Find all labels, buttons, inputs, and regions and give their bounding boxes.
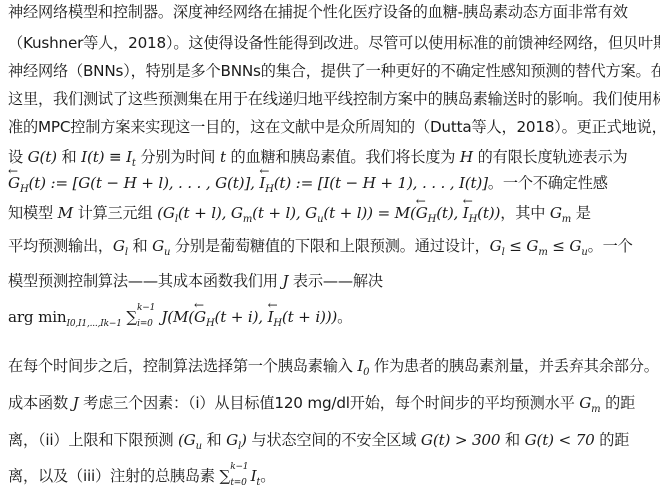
text: 离，以及（iii）注射的总胰岛素 [8, 467, 220, 485]
math: (G [157, 204, 175, 222]
math: (t + l)) = M( [323, 204, 415, 222]
paragraph-line-1: 神经网络模型和控制器。深度神经网络在捕捉个性化医疗设备的血糖-胰岛素动态方面非常… [8, 2, 628, 22]
text: 准的MPC控制方案来实现这一目的，这在文献中是众所周知的（Dutta等人，201… [8, 118, 660, 136]
paragraph-line-6: 设 G(t) 和 I(t) ≡ It 分别为时间 t 的血糖和胰岛素值。我们将长… [8, 147, 627, 167]
math: ≤ G [548, 237, 582, 255]
math: G(t) [28, 148, 57, 166]
math-sub: m [562, 214, 571, 225]
left-arrow-accent-icon: I [463, 203, 469, 223]
text: 在每个时间步之后，控制算法选择第一个胰岛素输入 [8, 357, 357, 375]
math: G [113, 237, 125, 255]
math: (t + i))) [282, 308, 337, 326]
math: G [550, 204, 562, 222]
text: 分别是葡萄糖值的下限和上限预测。通过设计， [170, 237, 489, 255]
math-sub: I0,I1,...,Ik−1 [67, 319, 122, 329]
math: (t + i), [215, 308, 268, 326]
math-sub: m [243, 214, 252, 225]
math: (t) := [I(t − H + 1), . . . , I(t)] [274, 174, 488, 192]
text: 离，（ii）上限和下限预测 [8, 431, 178, 449]
left-arrow-accent-icon: G [8, 173, 20, 193]
math: (t) := [G(t − H + l), . . . , G(t)], [28, 174, 259, 192]
text: ，其中 [500, 204, 550, 222]
text: 和 [202, 431, 226, 449]
sigma-icon: ∑ [126, 308, 137, 326]
math: M [58, 204, 73, 222]
text: 模型预测控制算法——其成本函数我们用 [8, 272, 282, 290]
text: 是 [571, 204, 591, 222]
paragraph-line-2: （Kushner等人，2018）。这使得设备性能得到改进。尽管可以使用标准的前馈… [8, 33, 660, 53]
text: 和 [57, 148, 81, 166]
math-sub: m [538, 247, 547, 258]
math: (t + l), G [252, 204, 317, 222]
text: 和 [128, 237, 152, 255]
paragraph-line-8: 知模型 M 计算三元组 (Gl(t + l), Gm(t + l), Gu(t … [8, 203, 591, 223]
text: 表示——解决 [288, 272, 383, 290]
math: I(t) ≡ I [81, 148, 132, 166]
text: （Kushner等人，2018）。这使得设备性能得到改进。尽管可以使用标准的前馈… [8, 34, 660, 52]
math-sub: H [265, 184, 274, 195]
left-arrow-accent-icon: I [259, 173, 265, 193]
paragraph-line-10: 模型预测控制算法——其成本函数我们用 J 表示——解决 [8, 271, 383, 291]
left-arrow-accent-icon: I [268, 307, 274, 327]
text: 考虑三个因素：（i）从目标值120 mg/dl开始，每个时间步的平均预测水平 [78, 394, 579, 412]
math: G [226, 431, 238, 449]
text: 神经网络模型和控制器。深度神经网络在捕捉个性化医疗设备的血糖-胰岛素动态方面非常… [8, 3, 628, 21]
math: H [460, 148, 473, 166]
text: 。 [337, 308, 352, 326]
text: 。一个不确定性感 [488, 174, 608, 192]
math-sub: H [206, 318, 215, 329]
math: (t), [436, 204, 463, 222]
left-arrow-accent-icon: G [194, 307, 206, 327]
math: (t)) [477, 204, 500, 222]
text: 的有限长度轨迹表示为 [473, 148, 628, 166]
math-sup: k−1 [230, 462, 248, 472]
math: ≤ G [505, 237, 539, 255]
argmin-equation: arg minI0,I1,...,Ik−1 ∑k−1i=0 J(M(GH(t +… [8, 307, 352, 327]
math-sub: H [273, 318, 282, 329]
text: 神经网络（BNNs），特别是多个BNNs的集合，提供了一种更好的不确定性感知预测… [8, 62, 660, 80]
paragraph-line-14: 离，（ii）上限和下限预测 (Gu 和 Gl) 与状态空间的不安全区域 G(t)… [8, 430, 629, 450]
sigma-icon: ∑ [220, 467, 231, 485]
text: 这里，我们测试了这些预测集在用于在线递归地平线控制方案中的胰岛素输送时的影响。我… [8, 90, 660, 108]
paragraph-line-9: 平均预测输出，Gl 和 Gu 分别是葡萄糖值的下限和上限预测。通过设计，Gl ≤… [8, 236, 633, 256]
text: 计算三元组 [73, 204, 157, 222]
math-sub: i=0 [137, 319, 153, 329]
paragraph-line-5: 准的MPC控制方案来实现这一目的，这在文献中是众所周知的（Dutta等人，201… [8, 117, 660, 137]
text: 作为患者的胰岛素剂量，并丢弃其余部分。 [369, 357, 658, 375]
summation: ∑k−1t=0 [220, 466, 265, 486]
paragraph-line-3: 神经网络（BNNs），特别是多个BNNs的集合，提供了一种更好的不确定性感知预测… [8, 61, 660, 81]
left-arrow-accent-icon: G [416, 203, 428, 223]
paragraph-line-15: 离，以及（iii）注射的总胰岛素 ∑k−1t=0It。 [8, 466, 275, 486]
summation: ∑k−1i=0 [126, 307, 170, 327]
math-sub: t=0 [230, 478, 246, 488]
math: G [152, 237, 164, 255]
math-sub: H [428, 214, 437, 225]
text: 和 [500, 431, 524, 449]
math: (G [178, 431, 196, 449]
text: 平均预测输出， [8, 237, 113, 255]
text: 知模型 [8, 204, 58, 222]
math-sub: H [469, 214, 478, 225]
text: 。一个 [588, 237, 633, 255]
math: G [579, 394, 591, 412]
math: arg min [8, 308, 67, 326]
math-sup: k−1 [137, 303, 155, 313]
text: 的距 [600, 394, 635, 412]
paragraph-line-4: 这里，我们测试了这些预测集在用于在线递归地平线控制方案中的胰岛素输送时的影响。我… [8, 89, 660, 109]
text: 的距 [595, 431, 630, 449]
paragraph-line-7: GH(t) := [G(t − H + l), . . . , G(t)], I… [8, 173, 608, 193]
math: (t + l), G [178, 204, 243, 222]
paragraph-line-13: 成本函数 J 考虑三个因素：（i）从目标值120 mg/dl开始，每个时间步的平… [8, 393, 635, 413]
paragraph-line-12: 在每个时间步之后，控制算法选择第一个胰岛素输入 I0 作为患者的胰岛素剂量，并丢… [8, 356, 659, 376]
text: 分别为时间 [136, 148, 220, 166]
math: G [490, 237, 502, 255]
text: 与状态空间的不安全区域 [247, 431, 421, 449]
math: G(t) > 300 [421, 431, 500, 449]
math: G(t) < 70 [525, 431, 595, 449]
text: 成本函数 [8, 394, 73, 412]
